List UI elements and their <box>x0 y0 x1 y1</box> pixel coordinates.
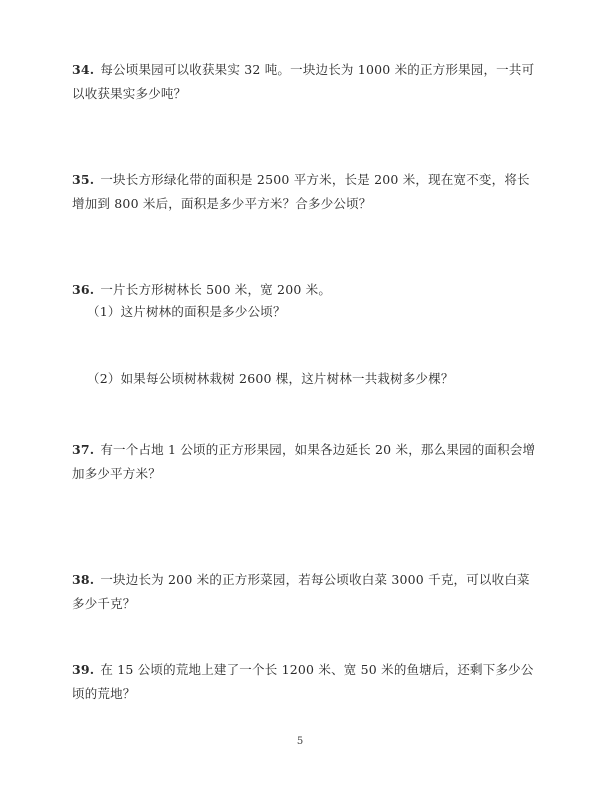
question-36-part-2: （2）如果每公顷树林栽树 2600 棵，这片树林一共栽树多少棵？ <box>87 367 454 391</box>
question-39: 39.在 15 公顷的荒地上建了一个长 1200 米、宽 50 米的鱼塘后，还剩… <box>72 658 542 706</box>
question-number: 34. <box>72 62 94 77</box>
question-34: 34.每公顷果园可以收获果实 32 吨。一块边长为 1000 米的正方形果园，一… <box>72 58 542 106</box>
question-number: 35. <box>72 172 94 187</box>
page-number: 5 <box>0 736 600 747</box>
sub-label: （1） <box>87 304 121 319</box>
question-text: 一块长方形绿化带的面积是 2500 平方米，长是 200 米，现在宽不变，将长增… <box>72 172 530 211</box>
question-text: 每公顷果园可以收获果实 32 吨。一块边长为 1000 米的正方形果园，一共可以… <box>72 62 534 101</box>
question-text: 一片长方形树林长 500 米，宽 200 米。 <box>100 282 331 297</box>
sub-label: （2） <box>87 371 121 386</box>
question-35: 35.一块长方形绿化带的面积是 2500 平方米，长是 200 米，现在宽不变，… <box>72 168 542 216</box>
question-36: 36.一片长方形树林长 500 米，宽 200 米。 <box>72 278 542 302</box>
question-text: 一块边长为 200 米的正方形菜园，若每公顷收白菜 3000 千克，可以收白菜多… <box>72 572 530 611</box>
question-37: 37.有一个占地 1 公顷的正方形果园，如果各边延长 20 米，那么果园的面积会… <box>72 438 542 486</box>
question-number: 38. <box>72 572 94 587</box>
question-36-part-1: （1）这片树林的面积是多少公顷？ <box>87 300 286 324</box>
question-number: 37. <box>72 442 94 457</box>
sub-text: 这片树林的面积是多少公顷？ <box>121 304 286 319</box>
question-text: 有一个占地 1 公顷的正方形果园，如果各边延长 20 米，那么果园的面积会增加多… <box>72 442 535 481</box>
question-text: 在 15 公顷的荒地上建了一个长 1200 米、宽 50 米的鱼塘后，还剩下多少… <box>72 662 534 701</box>
sub-text: 如果每公顷树林栽树 2600 棵，这片树林一共栽树多少棵？ <box>121 371 454 386</box>
question-number: 39. <box>72 662 94 677</box>
question-number: 36. <box>72 282 94 297</box>
question-38: 38.一块边长为 200 米的正方形菜园，若每公顷收白菜 3000 千克，可以收… <box>72 568 542 616</box>
